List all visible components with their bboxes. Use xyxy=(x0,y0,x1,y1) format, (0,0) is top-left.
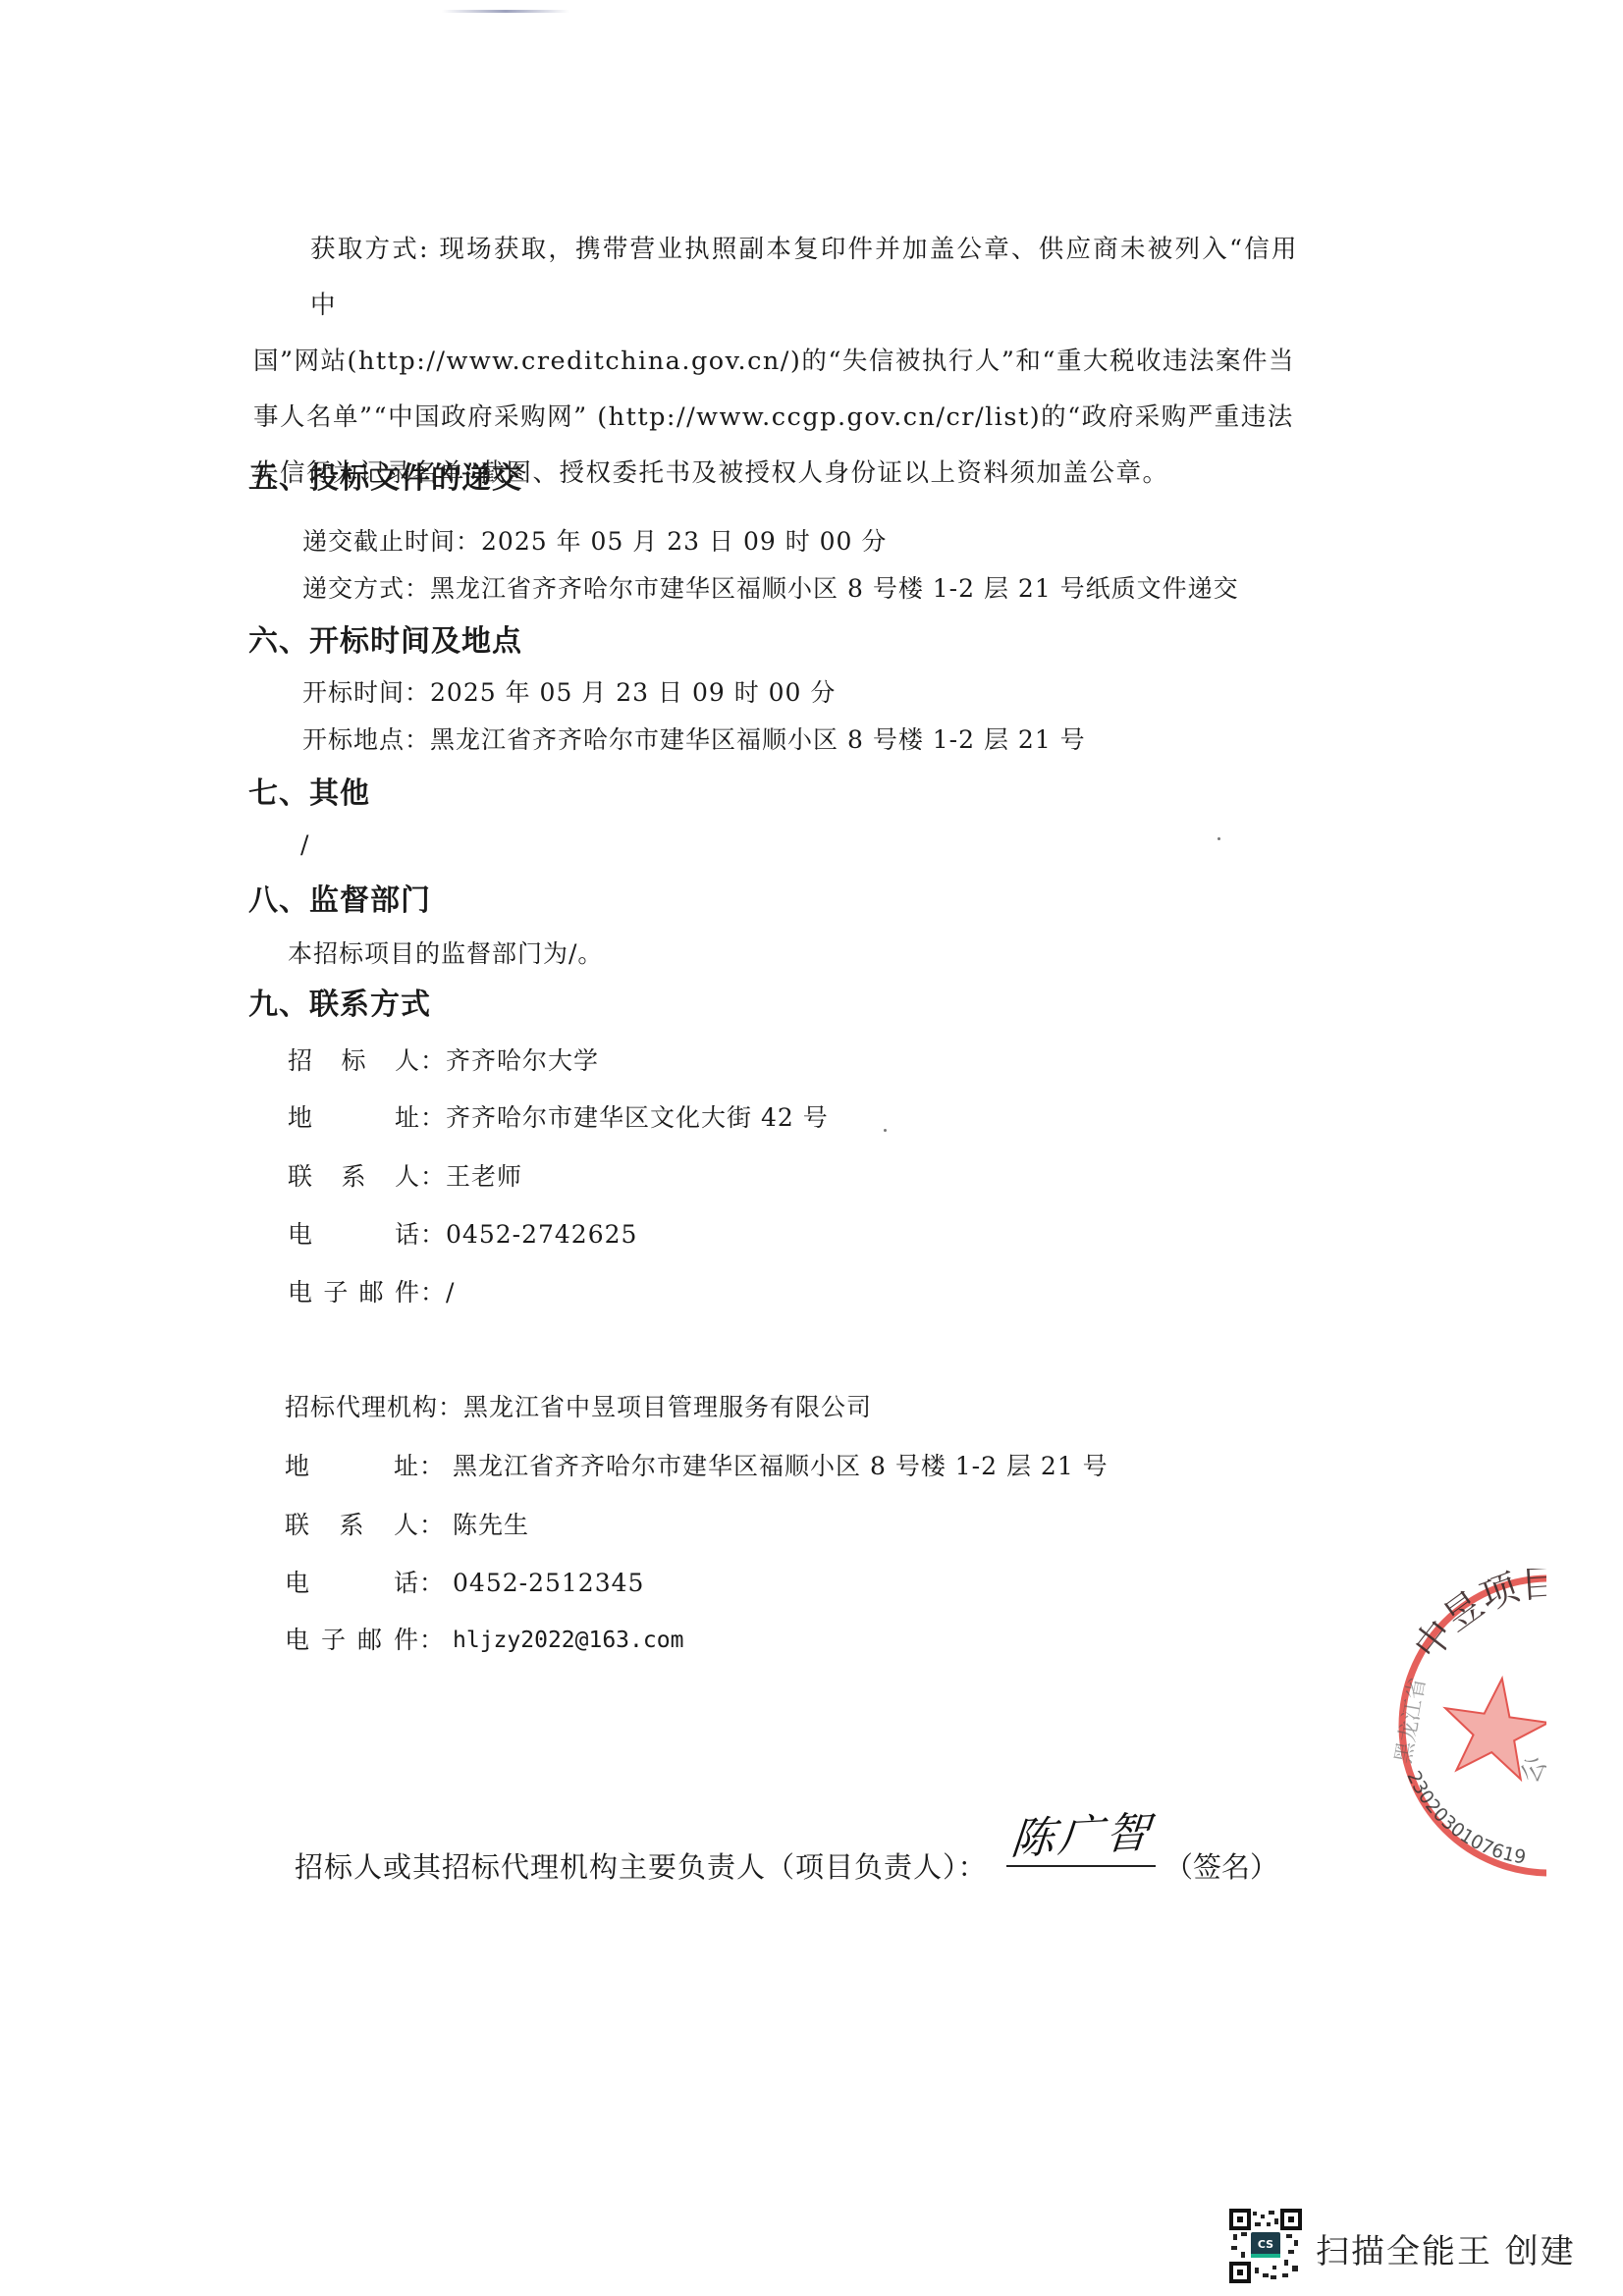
opening-time: 开标时间：2025 年 05 月 23 日 09 时 00 分 xyxy=(302,678,836,708)
opening-time-label: 开标时间： xyxy=(302,678,430,707)
agency-address-value: 黑龙江省齐齐哈尔市建华区福顺小区 8 号楼 1-2 层 21 号 xyxy=(453,1452,1109,1481)
svg-text:公: 公 xyxy=(1515,1751,1546,1789)
opening-time-value: 2025 年 05 月 23 日 09 时 00 分 xyxy=(430,678,836,707)
colon: ： xyxy=(420,1103,446,1133)
acquisition-line-2: 国”网站(http://www.creditchina.gov.cn/)的“失信… xyxy=(253,334,1298,390)
svg-text:CS: CS xyxy=(1258,2238,1273,2251)
tenderer-phone-value: 0452-2742625 xyxy=(446,1220,637,1250)
signature-suffix: （签名） xyxy=(1164,1847,1278,1887)
scan-speck xyxy=(884,1129,887,1132)
agency-name-row: 招标代理机构：黑龙江省中昱项目管理服务有限公司 xyxy=(285,1393,872,1422)
section-9-heading: 九、联系方式 xyxy=(248,988,431,1023)
colon: ： xyxy=(419,1452,445,1481)
tenderer-email-row: 电子邮件：/ xyxy=(288,1278,455,1308)
colon: ： xyxy=(420,1278,446,1308)
qr-code-icon: CS xyxy=(1229,2209,1302,2283)
section-5-heading: 五、投标文件的递交 xyxy=(248,461,522,497)
agency-name-value: 黑龙江省中昱项目管理服务有限公司 xyxy=(463,1393,872,1421)
agency-address-label: 地址 xyxy=(285,1452,419,1481)
tenderer-address-row: 地址：齐齐哈尔市建华区文化大街 42 号 xyxy=(288,1103,829,1133)
colon: ： xyxy=(419,1626,445,1655)
tenderer-phone-label: 电话 xyxy=(288,1220,420,1250)
agency-email-row: 电子邮件：hljzy2022@163.com xyxy=(285,1626,683,1655)
submission-method-value: 黑龙江省齐齐哈尔市建华区福顺小区 8 号楼 1-2 层 21 号纸质文件递交 xyxy=(430,574,1239,603)
svg-text:中昱项目管: 中昱项目管 xyxy=(1405,1569,1546,1668)
scan-artifact-line xyxy=(442,10,569,13)
agency-contact-value: 陈先生 xyxy=(453,1511,529,1540)
submission-deadline: 递交截止时间：2025 年 05 月 23 日 09 时 00 分 xyxy=(302,527,887,557)
tenderer-phone-row: 电话：0452-2742625 xyxy=(288,1220,637,1250)
submission-method: 递交方式：黑龙江省齐齐哈尔市建华区福顺小区 8 号楼 1-2 层 21 号纸质文… xyxy=(302,574,1239,604)
scan-speck xyxy=(1217,837,1220,840)
tenderer-address-value: 齐齐哈尔市建华区文化大街 42 号 xyxy=(446,1103,829,1133)
other-content: / xyxy=(300,830,309,860)
colon: ： xyxy=(419,1569,445,1598)
scanner-watermark-text: 扫描全能王 创建 xyxy=(1316,2224,1576,2272)
tenderer-name-label: 招标人 xyxy=(288,1046,420,1076)
submission-deadline-value: 2025 年 05 月 23 日 09 时 00 分 xyxy=(481,527,887,556)
handwritten-signature: 陈广智 xyxy=(1008,1808,1155,1864)
tenderer-name-row: 招标人：齐齐哈尔大学 xyxy=(288,1046,599,1076)
tenderer-contact-label: 联系人 xyxy=(288,1162,420,1192)
section-6-heading: 六、开标时间及地点 xyxy=(248,624,522,660)
submission-method-label: 递交方式： xyxy=(302,574,430,603)
colon: ： xyxy=(420,1162,446,1192)
opening-place-value: 黑龙江省齐齐哈尔市建华区福顺小区 8 号楼 1-2 层 21 号 xyxy=(430,725,1086,754)
colon: ： xyxy=(420,1220,446,1250)
agency-address-row: 地址：黑龙江省齐齐哈尔市建华区福顺小区 8 号楼 1-2 层 21 号 xyxy=(285,1452,1109,1481)
agency-name-label: 招标代理机构： xyxy=(285,1393,463,1421)
acquisition-line-3: 事人名单”“中国政府采购网” (http://www.ccgp.gov.cn/c… xyxy=(253,390,1298,446)
opening-place-label: 开标地点： xyxy=(302,725,430,754)
signature-underline xyxy=(1006,1865,1156,1867)
company-seal-stamp: 中昱项目管 黑龙江省 2302030107619 公 xyxy=(1387,1569,1546,1883)
acquisition-line-1: 获取方式: 现场获取，携带营业执照副本复印件并加盖公章、供应商未被列入“信用中 xyxy=(253,222,1298,334)
tenderer-contact-row: 联系人：王老师 xyxy=(288,1162,522,1192)
agency-phone-label: 电话 xyxy=(285,1569,419,1598)
signature-label: 招标人或其招标代理机构主要负责人（项目负责人）： xyxy=(295,1850,988,1884)
agency-contact-row: 联系人：陈先生 xyxy=(285,1511,529,1540)
acquisition-paragraph: 获取方式: 现场获取，携带营业执照副本复印件并加盖公章、供应商未被列入“信用中 … xyxy=(253,222,1298,502)
agency-phone-row: 电话：0452-2512345 xyxy=(285,1569,644,1598)
tenderer-name-value: 齐齐哈尔大学 xyxy=(446,1046,599,1076)
svg-text:2302030107619: 2302030107619 xyxy=(1402,1768,1527,1869)
submission-deadline-label: 递交截止时间： xyxy=(302,527,481,556)
svg-text:黑龙江省: 黑龙江省 xyxy=(1391,1676,1431,1765)
agency-email-label: 电子邮件 xyxy=(285,1626,419,1655)
supervision-content: 本招标项目的监督部门为/。 xyxy=(288,939,603,969)
tenderer-email-label: 电子邮件 xyxy=(288,1278,420,1308)
opening-place: 开标地点：黑龙江省齐齐哈尔市建华区福顺小区 8 号楼 1-2 层 21 号 xyxy=(302,725,1086,755)
tenderer-email-value: / xyxy=(446,1278,455,1308)
agency-phone-value: 0452-2512345 xyxy=(453,1569,644,1598)
tenderer-address-label: 地址 xyxy=(288,1103,420,1133)
agency-email-value: hljzy2022@163.com xyxy=(453,1626,683,1655)
tenderer-contact-value: 王老师 xyxy=(446,1162,522,1192)
agency-contact-label: 联系人 xyxy=(285,1511,419,1540)
signature-row: 招标人或其招标代理机构主要负责人（项目负责人）： xyxy=(295,1847,988,1887)
section-7-heading: 七、其他 xyxy=(248,776,370,812)
section-8-heading: 八、监督部门 xyxy=(248,883,431,919)
colon: ： xyxy=(419,1511,445,1540)
seal-icon: 中昱项目管 黑龙江省 2302030107619 公 xyxy=(1387,1569,1546,1883)
colon: ： xyxy=(420,1046,446,1076)
